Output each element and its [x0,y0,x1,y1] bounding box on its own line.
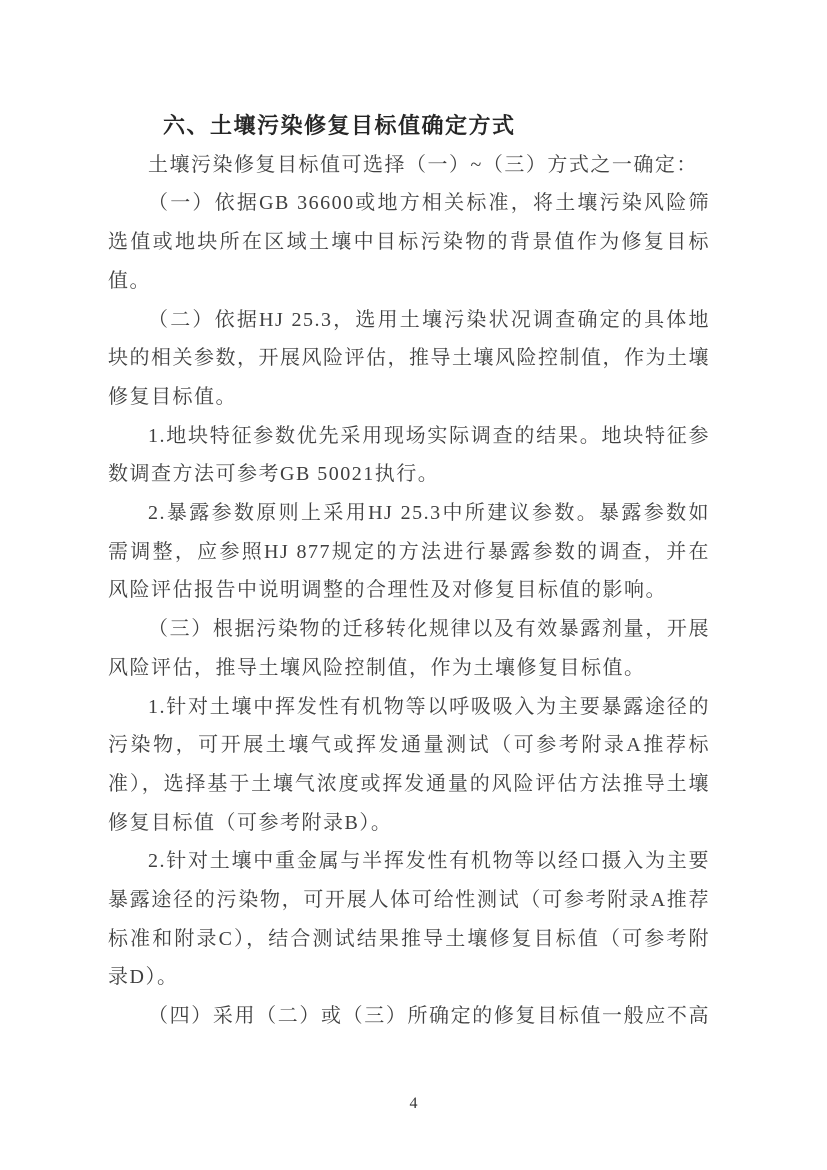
paragraph: 2.暴露参数原则上采用HJ 25.3中所建议参数。暴露参数如需调整，应参照HJ … [108,494,710,610]
paragraph: 2.针对土壤中重金属与半挥发性有机物等以经口摄入为主要暴露途径的污染物，可开展人… [108,842,710,997]
page-footer: 4 [0,1095,827,1113]
paragraph: 1.地块特征参数优先采用现场实际调查的结果。地块特征参数调查方法可参考GB 50… [108,417,710,494]
paragraph: （二）依据HJ 25.3，选用土壤污染状况调查确定的具体地块的相关参数，开展风险… [108,301,710,417]
paragraph: 土壤污染修复目标值可选择（一）~（三）方式之一确定： [108,146,710,185]
paragraph: （三）根据污染物的迁移转化规律以及有效暴露剂量，开展风险评估，推导土壤风险控制值… [108,610,710,687]
page-number: 4 [410,1095,418,1112]
paragraph: 1.针对土壤中挥发性有机物等以呼吸吸入为主要暴露途径的污染物，可开展土壤气或挥发… [108,688,710,843]
document-content: 六、土壤污染修复目标值确定方式 土壤污染修复目标值可选择（一）~（三）方式之一确… [108,107,710,1036]
section-heading: 六、土壤污染修复目标值确定方式 [108,107,710,146]
document-body: 土壤污染修复目标值可选择（一）~（三）方式之一确定：（一）依据GB 36600或… [108,146,710,1036]
paragraph: （一）依据GB 36600或地方相关标准，将土壤污染风险筛选值或地块所在区域土壤… [108,184,710,300]
paragraph: （四）采用（二）或（三）所确定的修复目标值一般应不高 [108,997,710,1036]
document-page: 六、土壤污染修复目标值确定方式 土壤污染修复目标值可选择（一）~（三）方式之一确… [0,0,827,1170]
